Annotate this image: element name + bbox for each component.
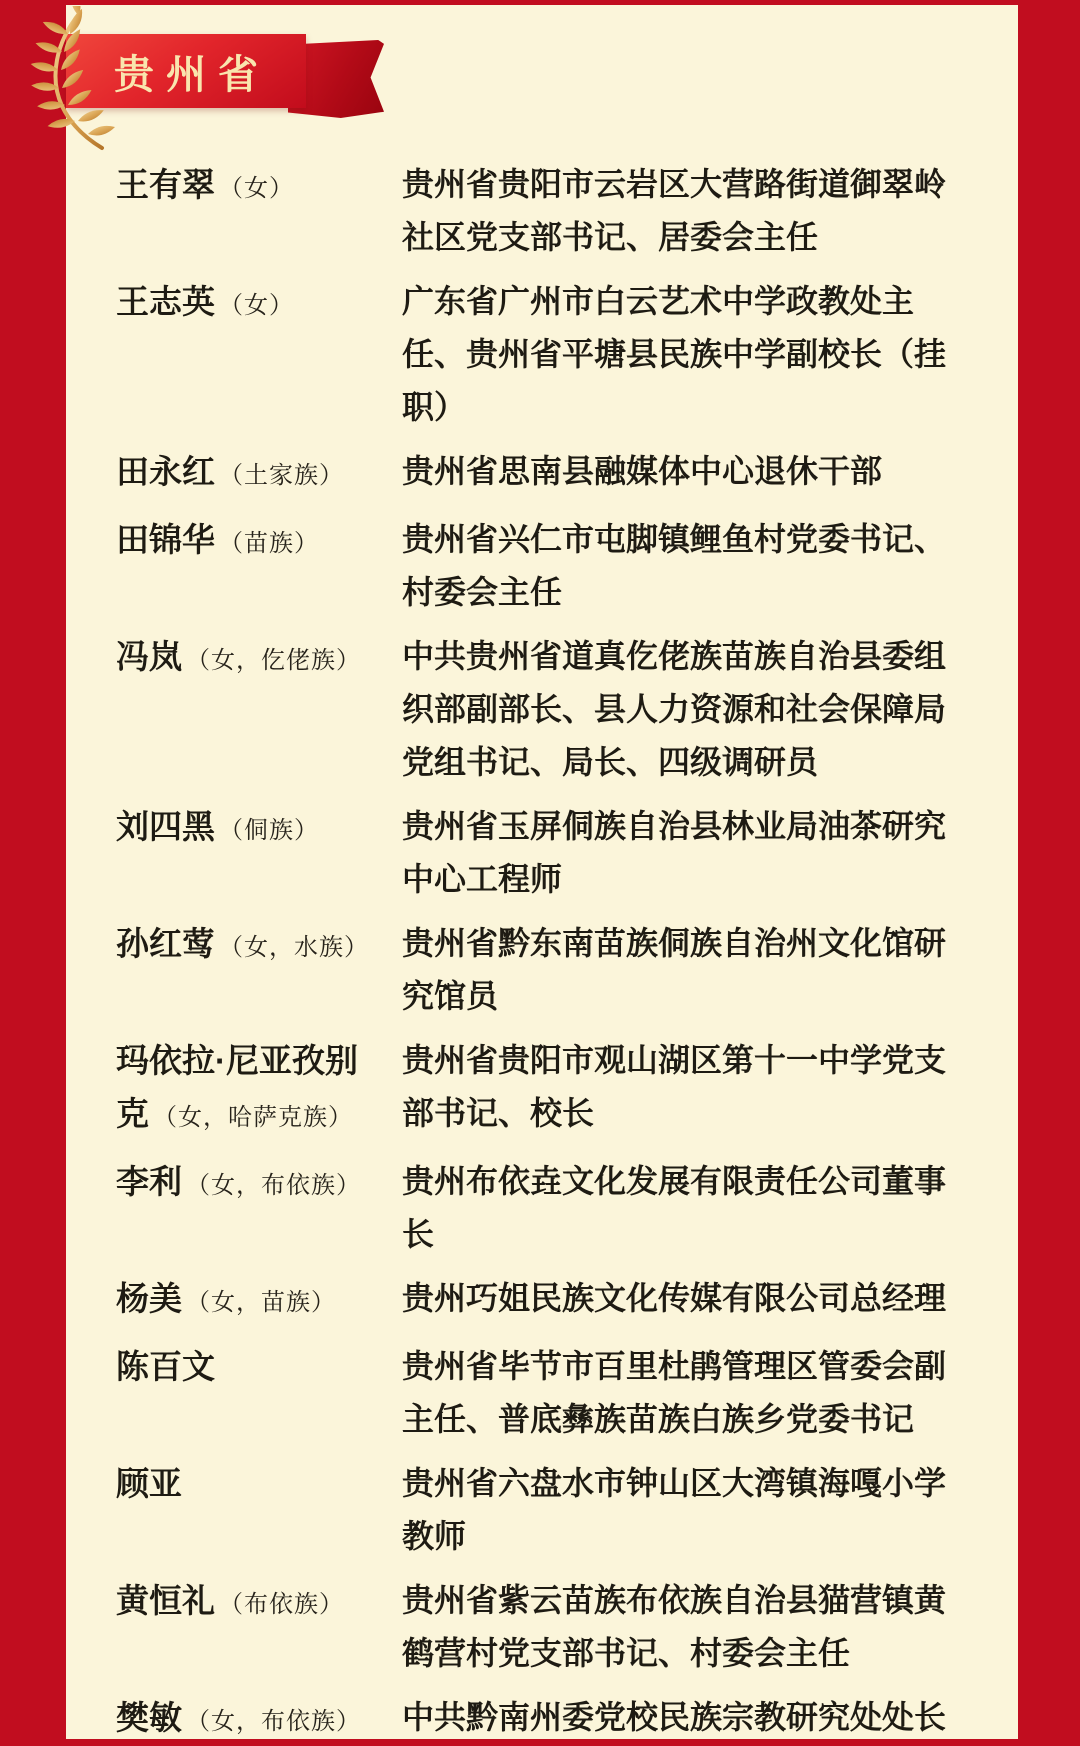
honoree-title: 贵州省六盘水市钟山区大湾镇海嘎小学教师	[402, 1457, 954, 1563]
honoree-name: 王志英（女）	[116, 275, 402, 434]
honoree-title: 贵州布依垚文化发展有限责任公司董事长	[402, 1155, 954, 1261]
name-text: 田永红	[116, 453, 215, 490]
list-item: 冯岚（女，仡佬族） 中共贵州省道真仡佬族苗族自治县委组织部副部长、县人力资源和社…	[116, 630, 1080, 789]
honoree-title: 贵州省玉屏侗族自治县林业局油茶研究中心工程师	[402, 800, 954, 906]
list-item: 黄恒礼（布依族） 贵州省紫云苗族布依族自治县猫营镇黄鹤营村党支部书记、村委会主任	[116, 1574, 1080, 1680]
honoree-name: 田永红（土家族）	[116, 445, 402, 502]
honoree-name: 杨美（女，苗族）	[116, 1272, 402, 1329]
honoree-title: 贵州省紫云苗族布依族自治县猫营镇黄鹤营村党支部书记、村委会主任	[402, 1574, 954, 1680]
name-text: 田锦华	[116, 521, 215, 558]
honoree-title: 贵州省黔东南苗族侗族自治州文化馆研究馆员	[402, 917, 954, 1023]
honoree-name: 冯岚（女，仡佬族）	[116, 630, 402, 789]
honoree-name: 田锦华（苗族）	[116, 513, 402, 619]
name-text: 刘四黑	[116, 808, 215, 845]
list-item: 杨美（女，苗族） 贵州巧姐民族文化传媒有限公司总经理	[116, 1272, 1080, 1329]
honoree-title: 贵州省思南县融媒体中心退休干部	[402, 445, 954, 502]
name-text: 王志英	[116, 283, 215, 320]
name-annotation: （女，布依族）	[186, 1708, 361, 1735]
wheat-branch-icon	[16, 6, 120, 156]
name-annotation: （土家族）	[219, 462, 344, 489]
name-text: 樊敏	[116, 1699, 182, 1736]
name-text: 冯岚	[116, 638, 182, 675]
honoree-title: 广东省广州市白云艺术中学政教处主任、贵州省平塘县民族中学副校长（挂职）	[402, 275, 954, 434]
honoree-name: 顾亚	[116, 1457, 402, 1563]
list-item: 李利（女，布依族） 贵州布依垚文化发展有限责任公司董事长	[116, 1155, 1080, 1261]
name-annotation: （女）	[219, 292, 294, 319]
honoree-title: 中共贵州省道真仡佬族苗族自治县委组织部副部长、县人力资源和社会保障局党组书记、局…	[402, 630, 954, 789]
province-banner: 贵州省	[0, 0, 420, 160]
list-item: 王有翠（女） 贵州省贵阳市云岩区大营路街道御翠岭社区党支部书记、居委会主任	[116, 158, 1080, 264]
honoree-title: 贵州省兴仁市屯脚镇鲤鱼村党委书记、村委会主任	[402, 513, 954, 619]
list-item: 田锦华（苗族） 贵州省兴仁市屯脚镇鲤鱼村党委书记、村委会主任	[116, 513, 1080, 619]
honoree-title: 贵州省毕节市百里杜鹃管理区管委会副主任、普底彝族苗族白族乡党委书记	[402, 1340, 954, 1446]
honoree-name: 黄恒礼（布依族）	[116, 1574, 402, 1680]
name-annotation: （女，布依族）	[186, 1172, 361, 1199]
honoree-name: 樊敏（女，布依族）	[116, 1691, 402, 1746]
list-item: 田永红（土家族） 贵州省思南县融媒体中心退休干部	[116, 445, 1080, 502]
name-annotation: （女）	[219, 175, 294, 202]
name-annotation: （女，苗族）	[186, 1289, 336, 1316]
name-text: 孙红莺	[116, 925, 215, 962]
name-annotation: （侗族）	[219, 817, 319, 844]
name-text: 黄恒礼	[116, 1582, 215, 1619]
honoree-title: 中共黔南州委党校民族宗教研究处处长	[402, 1691, 954, 1746]
page: 贵州省	[0, 0, 1080, 1746]
name-annotation: （布依族）	[219, 1591, 344, 1618]
name-text: 杨美	[116, 1280, 182, 1317]
banner-title: 贵州省	[102, 43, 270, 100]
honoree-name: 刘四黑（侗族）	[116, 800, 402, 906]
name-text: 李利	[116, 1163, 182, 1200]
name-text: 陈百文	[116, 1348, 215, 1385]
honoree-title: 贵州巧姐民族文化传媒有限公司总经理	[402, 1272, 954, 1329]
name-annotation: （苗族）	[219, 530, 319, 557]
name-annotation: （女，哈萨克族）	[153, 1104, 353, 1131]
list-item: 顾亚 贵州省六盘水市钟山区大湾镇海嘎小学教师	[116, 1457, 1080, 1563]
list-item: 玛依拉·尼亚孜别克（女，哈萨克族） 贵州省贵阳市观山湖区第十一中学党支部书记、校…	[116, 1034, 1080, 1144]
honoree-name: 陈百文	[116, 1340, 402, 1446]
honoree-name: 王有翠（女）	[116, 158, 402, 264]
list-item: 樊敏（女，布依族） 中共黔南州委党校民族宗教研究处处长	[116, 1691, 1080, 1746]
honoree-title: 贵州省贵阳市观山湖区第十一中学党支部书记、校长	[402, 1034, 954, 1144]
name-annotation: （女，水族）	[219, 934, 369, 961]
honorees-list: 王有翠（女） 贵州省贵阳市云岩区大营路街道御翠岭社区党支部书记、居委会主任 王志…	[0, 158, 1080, 1746]
honoree-name: 孙红莺（女，水族）	[116, 917, 402, 1023]
list-item: 孙红莺（女，水族） 贵州省黔东南苗族侗族自治州文化馆研究馆员	[116, 917, 1080, 1023]
list-item: 王志英（女） 广东省广州市白云艺术中学政教处主任、贵州省平塘县民族中学副校长（挂…	[116, 275, 1080, 434]
name-text: 顾亚	[116, 1465, 182, 1502]
honoree-name: 李利（女，布依族）	[116, 1155, 402, 1261]
honoree-name: 玛依拉·尼亚孜别克（女，哈萨克族）	[116, 1034, 402, 1144]
honoree-title: 贵州省贵阳市云岩区大营路街道御翠岭社区党支部书记、居委会主任	[402, 158, 954, 264]
name-annotation: （女，仡佬族）	[186, 647, 361, 674]
name-text: 王有翠	[116, 166, 215, 203]
list-item: 陈百文 贵州省毕节市百里杜鹃管理区管委会副主任、普底彝族苗族白族乡党委书记	[116, 1340, 1080, 1446]
list-item: 刘四黑（侗族） 贵州省玉屏侗族自治县林业局油茶研究中心工程师	[116, 800, 1080, 906]
